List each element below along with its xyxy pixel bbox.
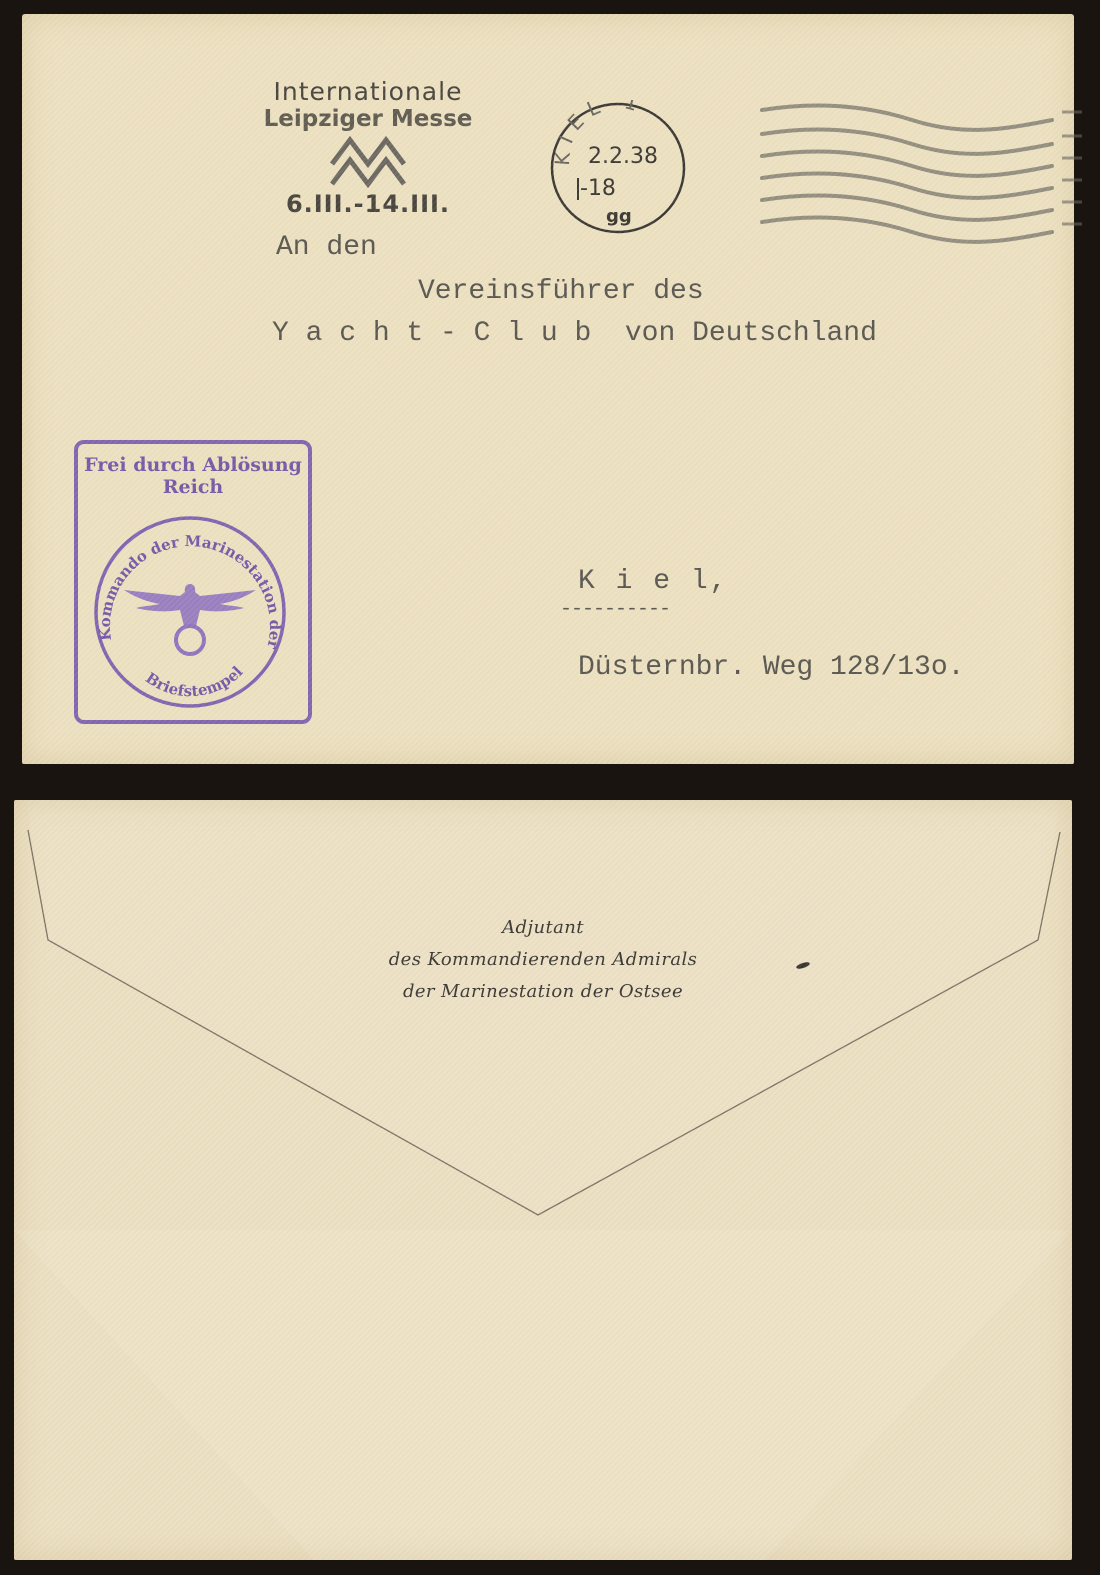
slogan-line1: Internationale [248,78,488,106]
address-line-1: An den [276,232,377,263]
address-city-underline: ---------- [560,598,670,621]
address-street: Düsternbr. Weg 128/13o. [578,652,964,683]
fair-logo-icon [328,134,408,188]
svg-text:Briefstempel: Briefstempel [142,663,246,701]
svg-text:Kommando der Marinestation der: Kommando der Marinestation der Ostsee [90,514,284,652]
postmark-date: 2.2.38 [588,144,658,169]
imprint-line-2: des Kommandierenden Admirals [14,944,1072,976]
stamp-bottom-text: Briefstempel [142,663,246,701]
stamp-header-line1: Frei durch Ablösung [78,454,308,476]
slogan-line2: Leipziger Messe [248,106,488,132]
address-line-3: Y a c h t - C l u b von Deutschland [272,318,877,349]
stamp-ring-text: Kommando der Marinestation der Ostsee [90,514,284,652]
postmark-time: -18 [580,176,616,201]
circular-postmark: KIEL 1 2.2.38 -18 gg [548,100,688,236]
stamp-header-line2: Reich [78,476,308,498]
wavy-cancel-lines-icon [752,94,1092,264]
official-free-postage-stamp: Frei durch Ablösung Reich Kommando der M… [74,440,312,724]
envelope-front: Internationale Leipziger Messe 6.III.-14… [22,14,1074,764]
slogan-dates: 6.III.-14.III. [248,190,488,218]
imprint-line-3: der Marinestation der Ostsee [14,976,1072,1008]
envelope-back: Adjutant des Kommandierenden Admirals de… [14,800,1072,1560]
postmark-code: gg [606,206,632,227]
imprint-line-1: Adjutant [14,912,1072,944]
stamp-seal-icon: Kommando der Marinestation der Ostsee Br… [90,514,290,710]
address-city: K i e l, [578,566,728,597]
sender-imprint: Adjutant des Kommandierenden Admirals de… [14,912,1072,1008]
slogan-cancel: Internationale Leipziger Messe 6.III.-14… [248,78,488,218]
address-line-2: Vereinsführer des [418,276,704,307]
